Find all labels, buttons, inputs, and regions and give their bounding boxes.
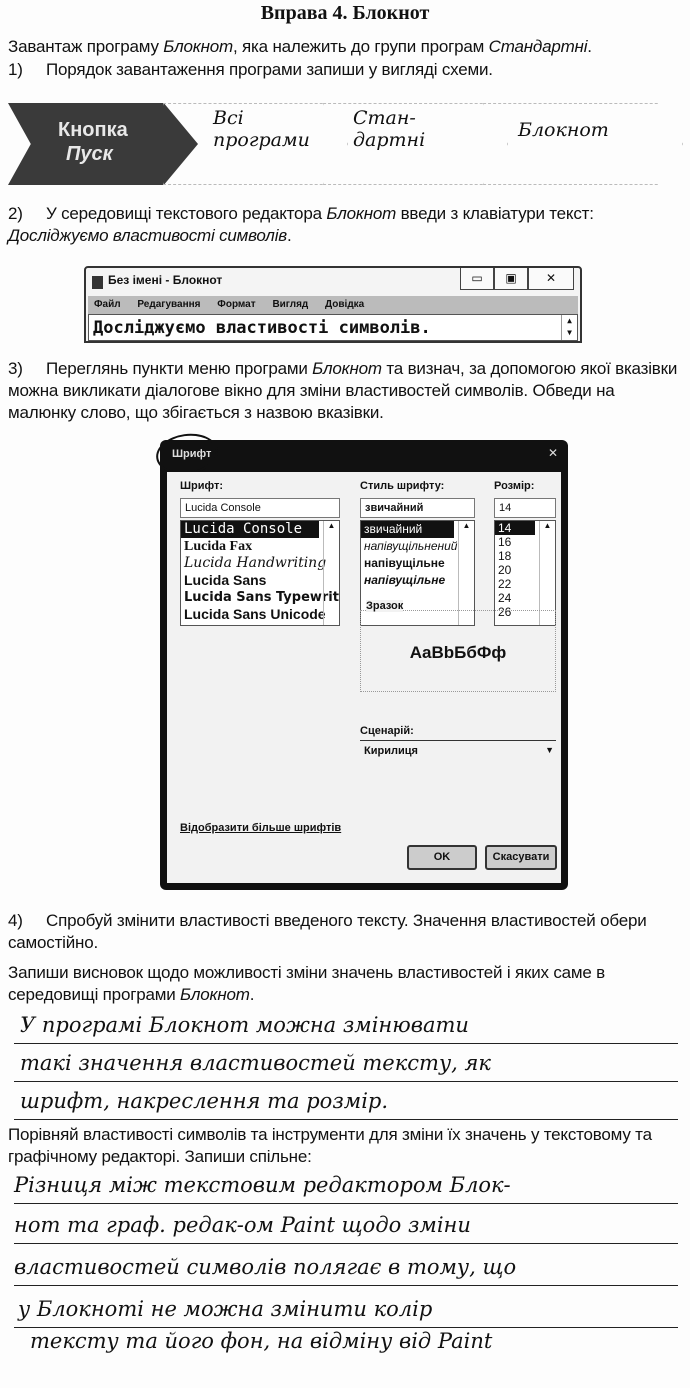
menu-view[interactable]: Вигляд bbox=[272, 299, 308, 310]
answer-line: Різниця між текстовим редактором Блок- bbox=[14, 1168, 678, 1204]
size-option[interactable]: 14 bbox=[495, 521, 535, 535]
window-title: Без імені - Блокнот bbox=[108, 273, 222, 287]
sample-label: Зразок bbox=[366, 600, 403, 612]
chevron-down-icon: ▼ bbox=[545, 745, 554, 755]
close-button[interactable]: ✕ bbox=[528, 268, 574, 290]
size-input[interactable]: 14 bbox=[494, 498, 556, 518]
vertical-scrollbar[interactable]: ▲▼ bbox=[561, 315, 577, 340]
menu-help[interactable]: Довідка bbox=[325, 299, 364, 310]
answer-line: властивостей символів полягає в тому, що bbox=[14, 1250, 678, 1286]
script-select[interactable]: Кирилиця ▼ bbox=[360, 740, 556, 762]
answer-line: тексту та його фон, на відміну від Paint bbox=[30, 1330, 492, 1352]
answer-line: У програмі Блокнот можна змінювати bbox=[14, 1008, 678, 1044]
minimize-button[interactable]: ▭ bbox=[460, 268, 494, 290]
font-input[interactable]: Lucida Console bbox=[180, 498, 340, 518]
font-list-scrollbar[interactable]: ▲ bbox=[323, 521, 339, 625]
hand-drawn-circle bbox=[154, 430, 221, 478]
start-scheme: Кнопка Пуск Всі програми Стан-дартні Бло… bbox=[8, 95, 688, 185]
style-input[interactable]: звичайний bbox=[360, 498, 475, 518]
font-list[interactable]: Lucida Console Lucida Fax Lucida Handwri… bbox=[180, 520, 340, 626]
style-option[interactable]: звичайний bbox=[361, 521, 454, 538]
text-area[interactable]: Досліджуємо властивості символів. ▲▼ bbox=[88, 314, 578, 341]
menu-format[interactable]: Формат bbox=[217, 299, 255, 310]
dialog-close-button[interactable]: ✕ bbox=[548, 446, 558, 460]
scheme-step-3 bbox=[483, 103, 683, 185]
font-option[interactable]: Lucida Sans bbox=[181, 572, 339, 589]
size-label: Розмір: bbox=[494, 480, 534, 492]
task-4: 4)Спробуй змінити властивості введеного … bbox=[8, 910, 684, 954]
task-3: 3)Переглянь пункти меню програми Блокнот… bbox=[8, 358, 684, 424]
intro-text: Завантаж програму Блокнот, яка належить … bbox=[8, 36, 684, 58]
handwritten-answer: Стан-дартні bbox=[353, 107, 443, 151]
font-option[interactable]: Lucida Handwriting bbox=[181, 555, 339, 572]
font-option[interactable]: Lucida Fax bbox=[181, 538, 339, 555]
answer-line: у Блокноті не можна змінити колір bbox=[14, 1292, 678, 1328]
notepad-icon bbox=[92, 276, 103, 289]
answer-line: шрифт, накреслення та розмір. bbox=[14, 1084, 678, 1120]
menu-edit[interactable]: Редагування bbox=[137, 299, 200, 310]
handwritten-answer: Всі програми bbox=[213, 107, 323, 151]
page-title: Вправа 4. Блокнот bbox=[0, 2, 690, 25]
script-label: Сценарій: bbox=[360, 725, 414, 737]
font-option[interactable]: Lucida Sans Unicode bbox=[181, 606, 339, 623]
style-label: Стиль шрифту: bbox=[360, 480, 444, 492]
font-option[interactable]: Lucida Sans Typewriter bbox=[181, 589, 339, 606]
task-1: 1)Порядок завантаження програми запиши у… bbox=[8, 59, 684, 81]
font-label: Шрифт: bbox=[180, 480, 223, 492]
compare-prompt: Порівняй властивості символів та інструм… bbox=[8, 1124, 684, 1168]
answer-line: нот та граф. редак-ом Paint щодо зміни bbox=[14, 1208, 678, 1244]
font-option[interactable]: Lucida Console bbox=[181, 521, 319, 538]
handwritten-answer: Блокнот bbox=[518, 119, 609, 141]
ok-button[interactable]: OK bbox=[407, 845, 477, 870]
notepad-window: Без імені - Блокнот ▭ ▣ ✕ Файл Редагуван… bbox=[84, 266, 582, 343]
sample-preview: AaBbБбФф bbox=[360, 610, 556, 692]
conclusion-prompt: Запиши висновок щодо можливості зміни зн… bbox=[8, 962, 684, 1006]
answer-line: такі значення властивостей тексту, як bbox=[14, 1046, 678, 1082]
menu-bar: Файл Редагування Формат Вигляд Довідка bbox=[88, 296, 578, 314]
show-more-fonts-link[interactable]: Відобразити більше шрифтів bbox=[180, 822, 341, 834]
maximize-button[interactable]: ▣ bbox=[494, 268, 528, 290]
task-2: 2)У середовищі текстового редактора Блок… bbox=[8, 203, 684, 247]
menu-file[interactable]: Файл bbox=[94, 299, 121, 310]
font-dialog: Шрифт ✕ Шрифт: Lucida Console Lucida Con… bbox=[160, 440, 568, 890]
cancel-button[interactable]: Скасувати bbox=[485, 845, 557, 870]
